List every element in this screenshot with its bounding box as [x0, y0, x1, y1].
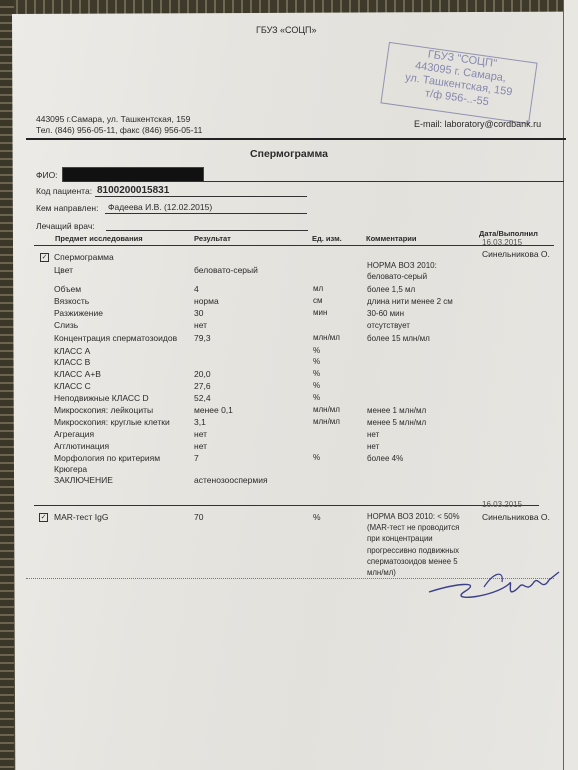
clinic-email: E-mail: laboratory@cordbank.ru [414, 119, 541, 129]
row-comment: нет [367, 429, 379, 440]
signature [424, 562, 564, 612]
section-title: Спермограмма [54, 252, 114, 262]
row-unit: % [313, 346, 320, 355]
mar-test-performer: Синельникова О. [482, 512, 550, 522]
mar-test-unit: % [313, 512, 321, 522]
row-unit: см [313, 296, 323, 305]
document-title: Спермограмма [0, 148, 578, 160]
spermogram-checkbox: ✓ [40, 253, 49, 262]
row-item: КЛАСС А+В [54, 369, 101, 380]
header-divider [26, 138, 566, 140]
mar-test-result: 70 [194, 512, 203, 522]
row-comment: отсутствует [367, 320, 410, 331]
section-divider [34, 505, 539, 506]
row-result: 30 [194, 308, 203, 318]
row-result: беловато-серый [194, 265, 258, 275]
row-item: Агрегация [54, 429, 94, 440]
phone-line: Тел. (846) 956-05-11, факс (846) 956-05-… [36, 125, 202, 136]
row-unit: мл [313, 284, 323, 293]
doctor-underline [106, 230, 308, 231]
referred-label: Кем направлен: [36, 203, 98, 213]
row-result: нет [194, 320, 207, 330]
row-unit: % [313, 369, 320, 378]
row-item: КЛАСС С [54, 381, 91, 392]
row-item: ЗАКЛЮЧЕНИЕ [54, 475, 113, 486]
row-comment: более 4% [367, 453, 403, 464]
code-underline [95, 196, 307, 197]
row-unit: млн/мл [313, 333, 340, 342]
row-result: 3,1 [194, 417, 206, 427]
org-name: ГБУЗ «СОЦП» [256, 25, 316, 35]
row-result: астенозооспермия [194, 475, 268, 485]
fio-label: ФИО: [36, 170, 58, 180]
row-item: Агглютинация [54, 441, 109, 452]
row-item: КЛАСС А [54, 346, 90, 357]
referred-underline [105, 213, 307, 214]
second-sheet-edge [564, 0, 578, 770]
section-date: 16.03.2015 [482, 238, 522, 247]
row-item: КЛАСС В [54, 357, 90, 368]
col-header-result: Результат [194, 234, 231, 243]
row-item: Слизь [54, 320, 78, 331]
row-comment: менее 1 млн/мл [367, 405, 426, 416]
row-item: Микроскопия: лейкоциты [54, 405, 153, 416]
row-result: менее 0,1 [194, 405, 233, 415]
row-unit: % [313, 453, 320, 462]
mar-test-date: 16.03.2015 [482, 500, 522, 509]
row-comment: более 1,5 мл [367, 284, 415, 295]
row-comment: менее 5 млн/мл [367, 417, 426, 428]
col-header-item: Предмет исследования [55, 234, 143, 243]
clinic-address: 443095 г.Самара, ул. Ташкентская, 159 Те… [36, 114, 202, 136]
row-result: норма [194, 296, 219, 306]
row-item: Концентрация сперматозоидов [54, 333, 177, 344]
row-result: 52,4 [194, 393, 211, 403]
col-header-unit: Ед. изм. [312, 234, 342, 243]
fio-redacted [62, 167, 204, 182]
table-header-divider [34, 245, 554, 246]
row-unit: млн/мл [313, 405, 340, 414]
row-unit: % [313, 393, 320, 402]
row-unit: мин [313, 308, 327, 317]
row-result: 79,3 [194, 333, 211, 343]
address-line: 443095 г.Самара, ул. Ташкентская, 159 [36, 114, 202, 125]
row-comment: нет [367, 441, 379, 452]
row-result: нет [194, 429, 207, 439]
fio-underline [64, 181, 564, 182]
row-result: нет [194, 441, 207, 451]
row-comment: НОРМА ВОЗ 2010: беловато-серый [367, 260, 437, 282]
row-comment: длина нити менее 2 см [367, 296, 453, 307]
section-performer: Синельникова О. [482, 249, 550, 259]
col-header-comment: Комментарии [366, 234, 417, 243]
row-unit: % [313, 381, 320, 390]
mar-test-checkbox: ✓ [39, 513, 48, 522]
row-item: Разжижение [54, 308, 103, 319]
row-unit: % [313, 357, 320, 366]
row-comment: 30-60 мин [367, 308, 404, 319]
row-result: 20,0 [194, 369, 211, 379]
row-item: Морфология по критериям Крюгера [54, 453, 160, 475]
patient-code-label: Код пациента: [36, 186, 92, 196]
patient-code-value: 8100200015831 [97, 185, 169, 196]
row-item: Вязкость [54, 296, 89, 307]
row-result: 7 [194, 453, 199, 463]
col-header-date: Дата/Выполнил [479, 229, 538, 238]
doctor-label: Лечащий врач: [36, 221, 95, 231]
row-item: Объем [54, 284, 81, 295]
row-item: Цвет [54, 265, 73, 276]
row-comment: более 15 млн/мл [367, 333, 430, 344]
referred-value: Фадеева И.В. (12.02.2015) [108, 202, 212, 212]
row-unit: млн/мл [313, 417, 340, 426]
row-item: Микроскопия: круглые клетки [54, 417, 170, 428]
mar-test-title: MAR-тест IgG [54, 512, 108, 522]
row-item: Неподвижные КЛАСС D [54, 393, 149, 404]
row-result: 4 [194, 284, 199, 294]
row-result: 27,6 [194, 381, 211, 391]
